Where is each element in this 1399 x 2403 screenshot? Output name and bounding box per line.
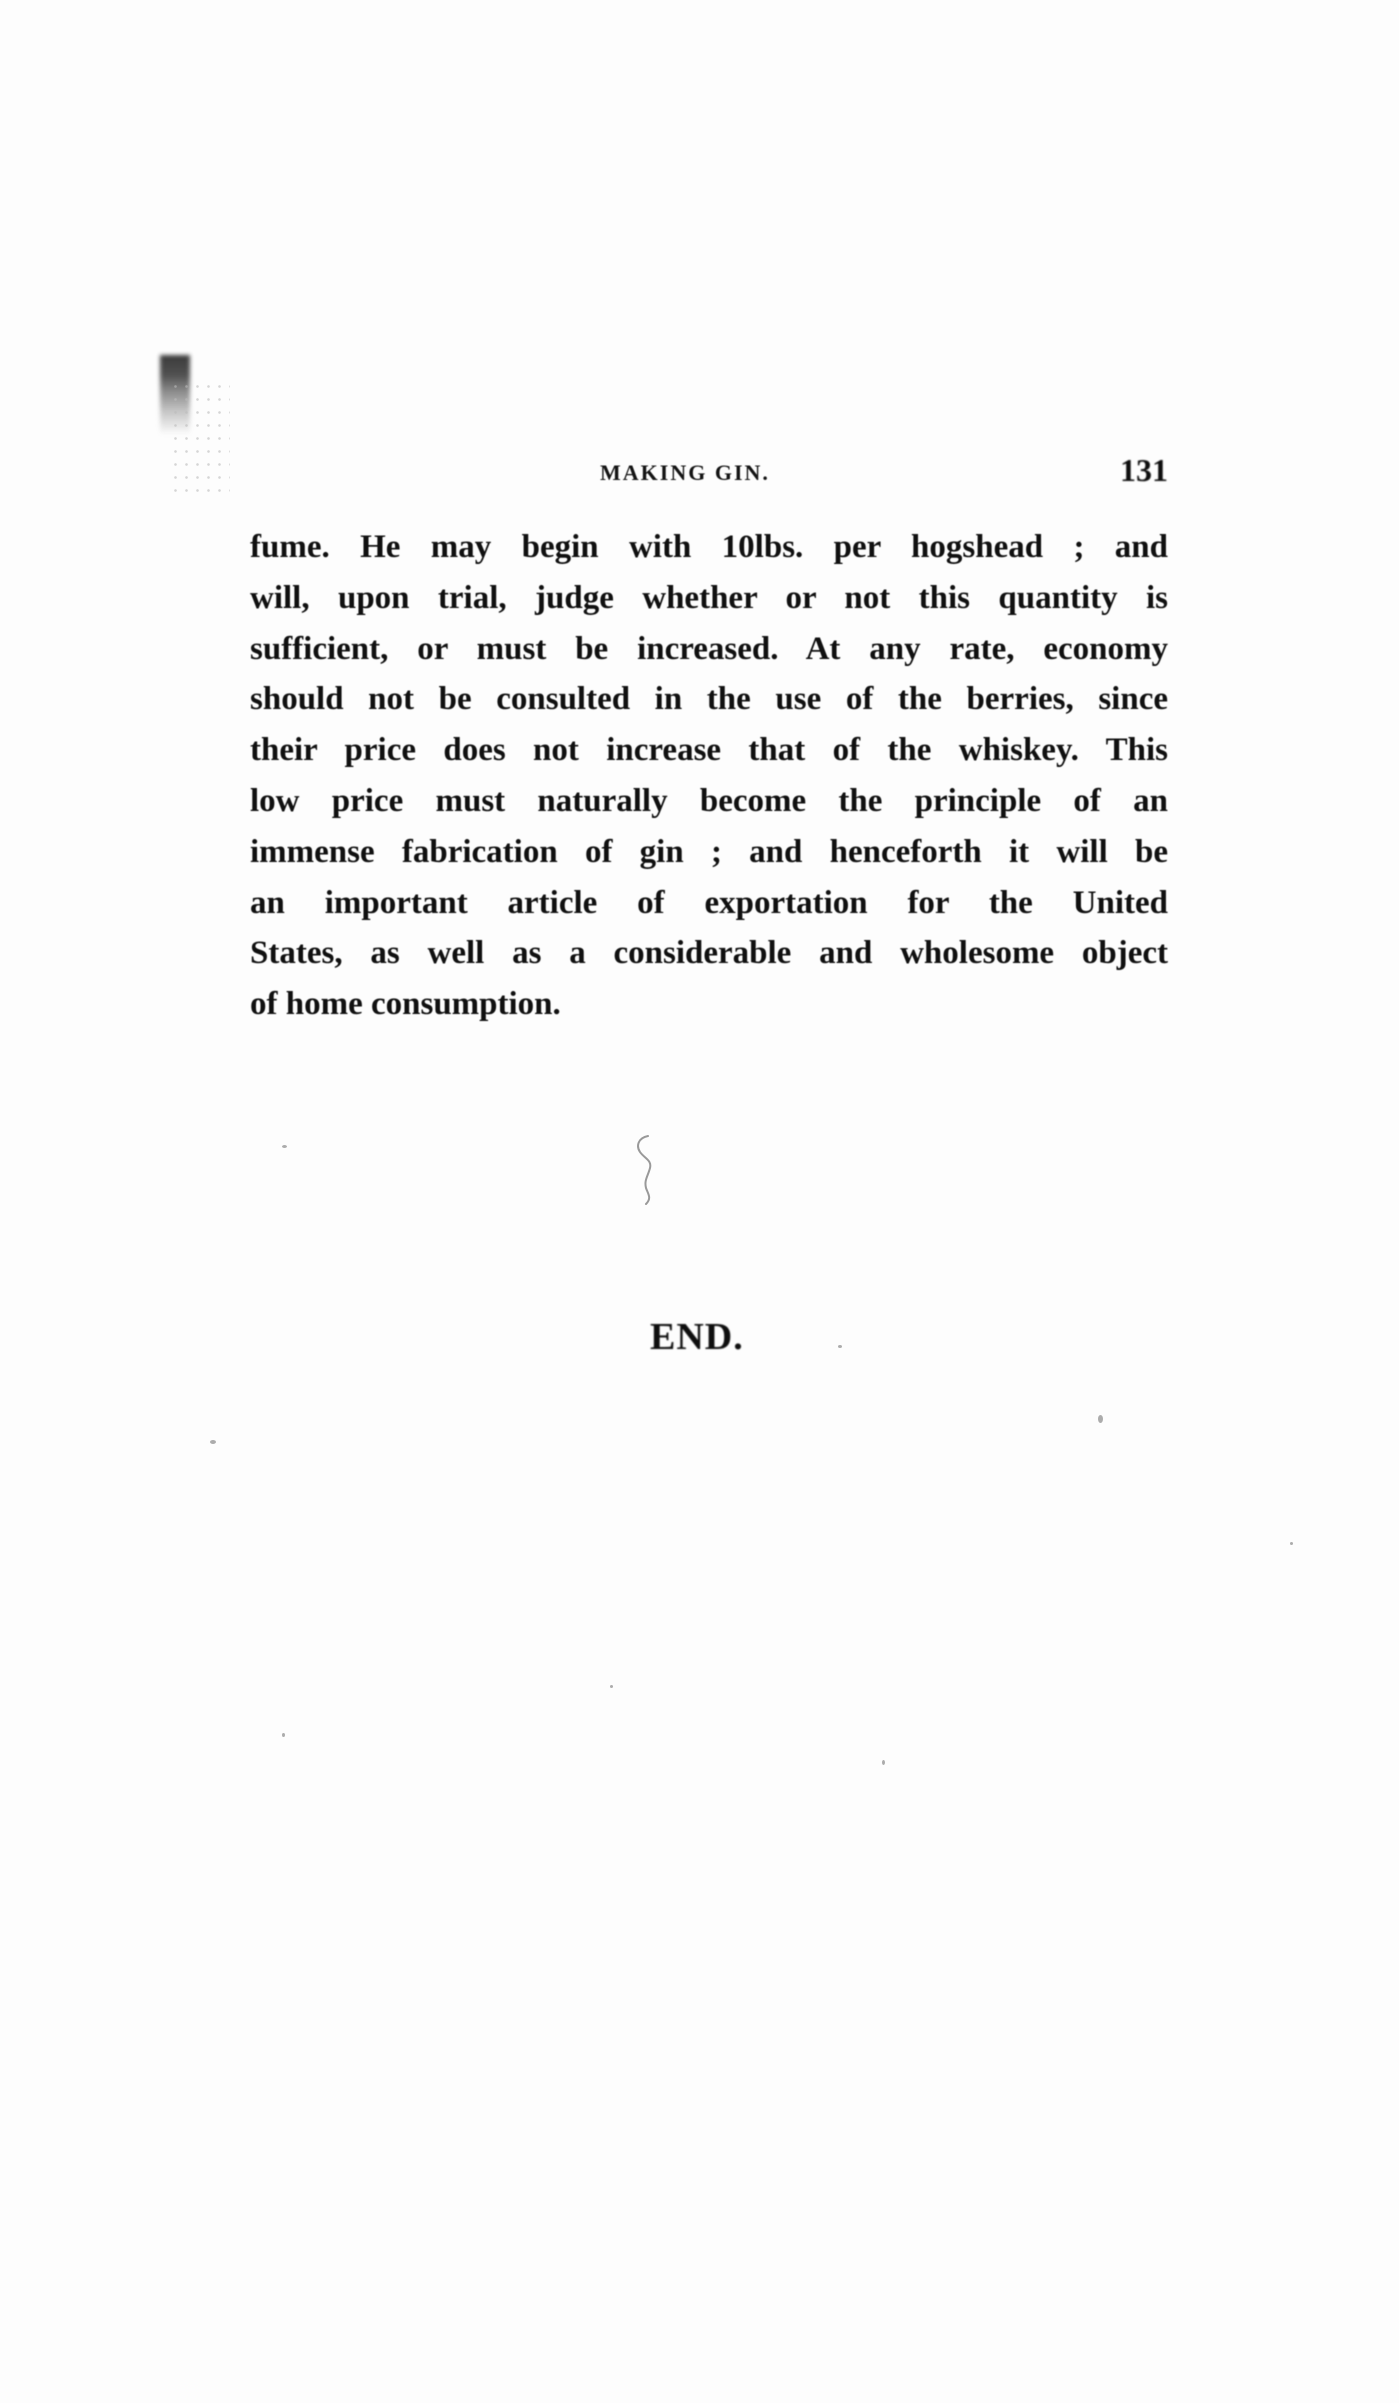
end-mark: END. — [650, 1316, 744, 1358]
stray-hair-mark-icon — [630, 1132, 660, 1222]
running-head: MAKING GIN. — [600, 458, 816, 488]
paper-speck — [282, 1145, 287, 1148]
paper-speck — [882, 1760, 885, 1765]
book-page: MAKING GIN. 131 fume. He may begin with … — [0, 0, 1399, 2403]
text-line: an important article of exportation for … — [250, 878, 1168, 929]
text-line: should not be consulted in the use of th… — [250, 674, 1168, 725]
paper-speck — [282, 1733, 285, 1737]
paper-speck — [610, 1685, 613, 1688]
text-line: low price must naturally become the prin… — [250, 776, 1168, 827]
paper-speck — [838, 1345, 842, 1348]
body-paragraph: fume. He may begin with 10lbs. per hogsh… — [250, 522, 1168, 1030]
text-line: fume. He may begin with 10lbs. per hogsh… — [250, 522, 1168, 573]
text-line: States, as well as a considerable and wh… — [250, 928, 1168, 979]
text-line: sufficient, or must be increased. At any… — [250, 624, 1168, 675]
text-line: of home consumption. — [250, 979, 1168, 1030]
paper-speck — [1290, 1542, 1293, 1545]
text-line: immense fabrication of gin ; and hencefo… — [250, 827, 1168, 878]
margin-speckle — [170, 380, 230, 500]
text-line: their price does not increase that of th… — [250, 725, 1168, 776]
text-line: will, upon trial, judge whether or not t… — [250, 573, 1168, 624]
paper-speck — [1098, 1415, 1103, 1423]
paper-speck — [210, 1440, 216, 1444]
page-number: 131 — [1120, 452, 1168, 488]
